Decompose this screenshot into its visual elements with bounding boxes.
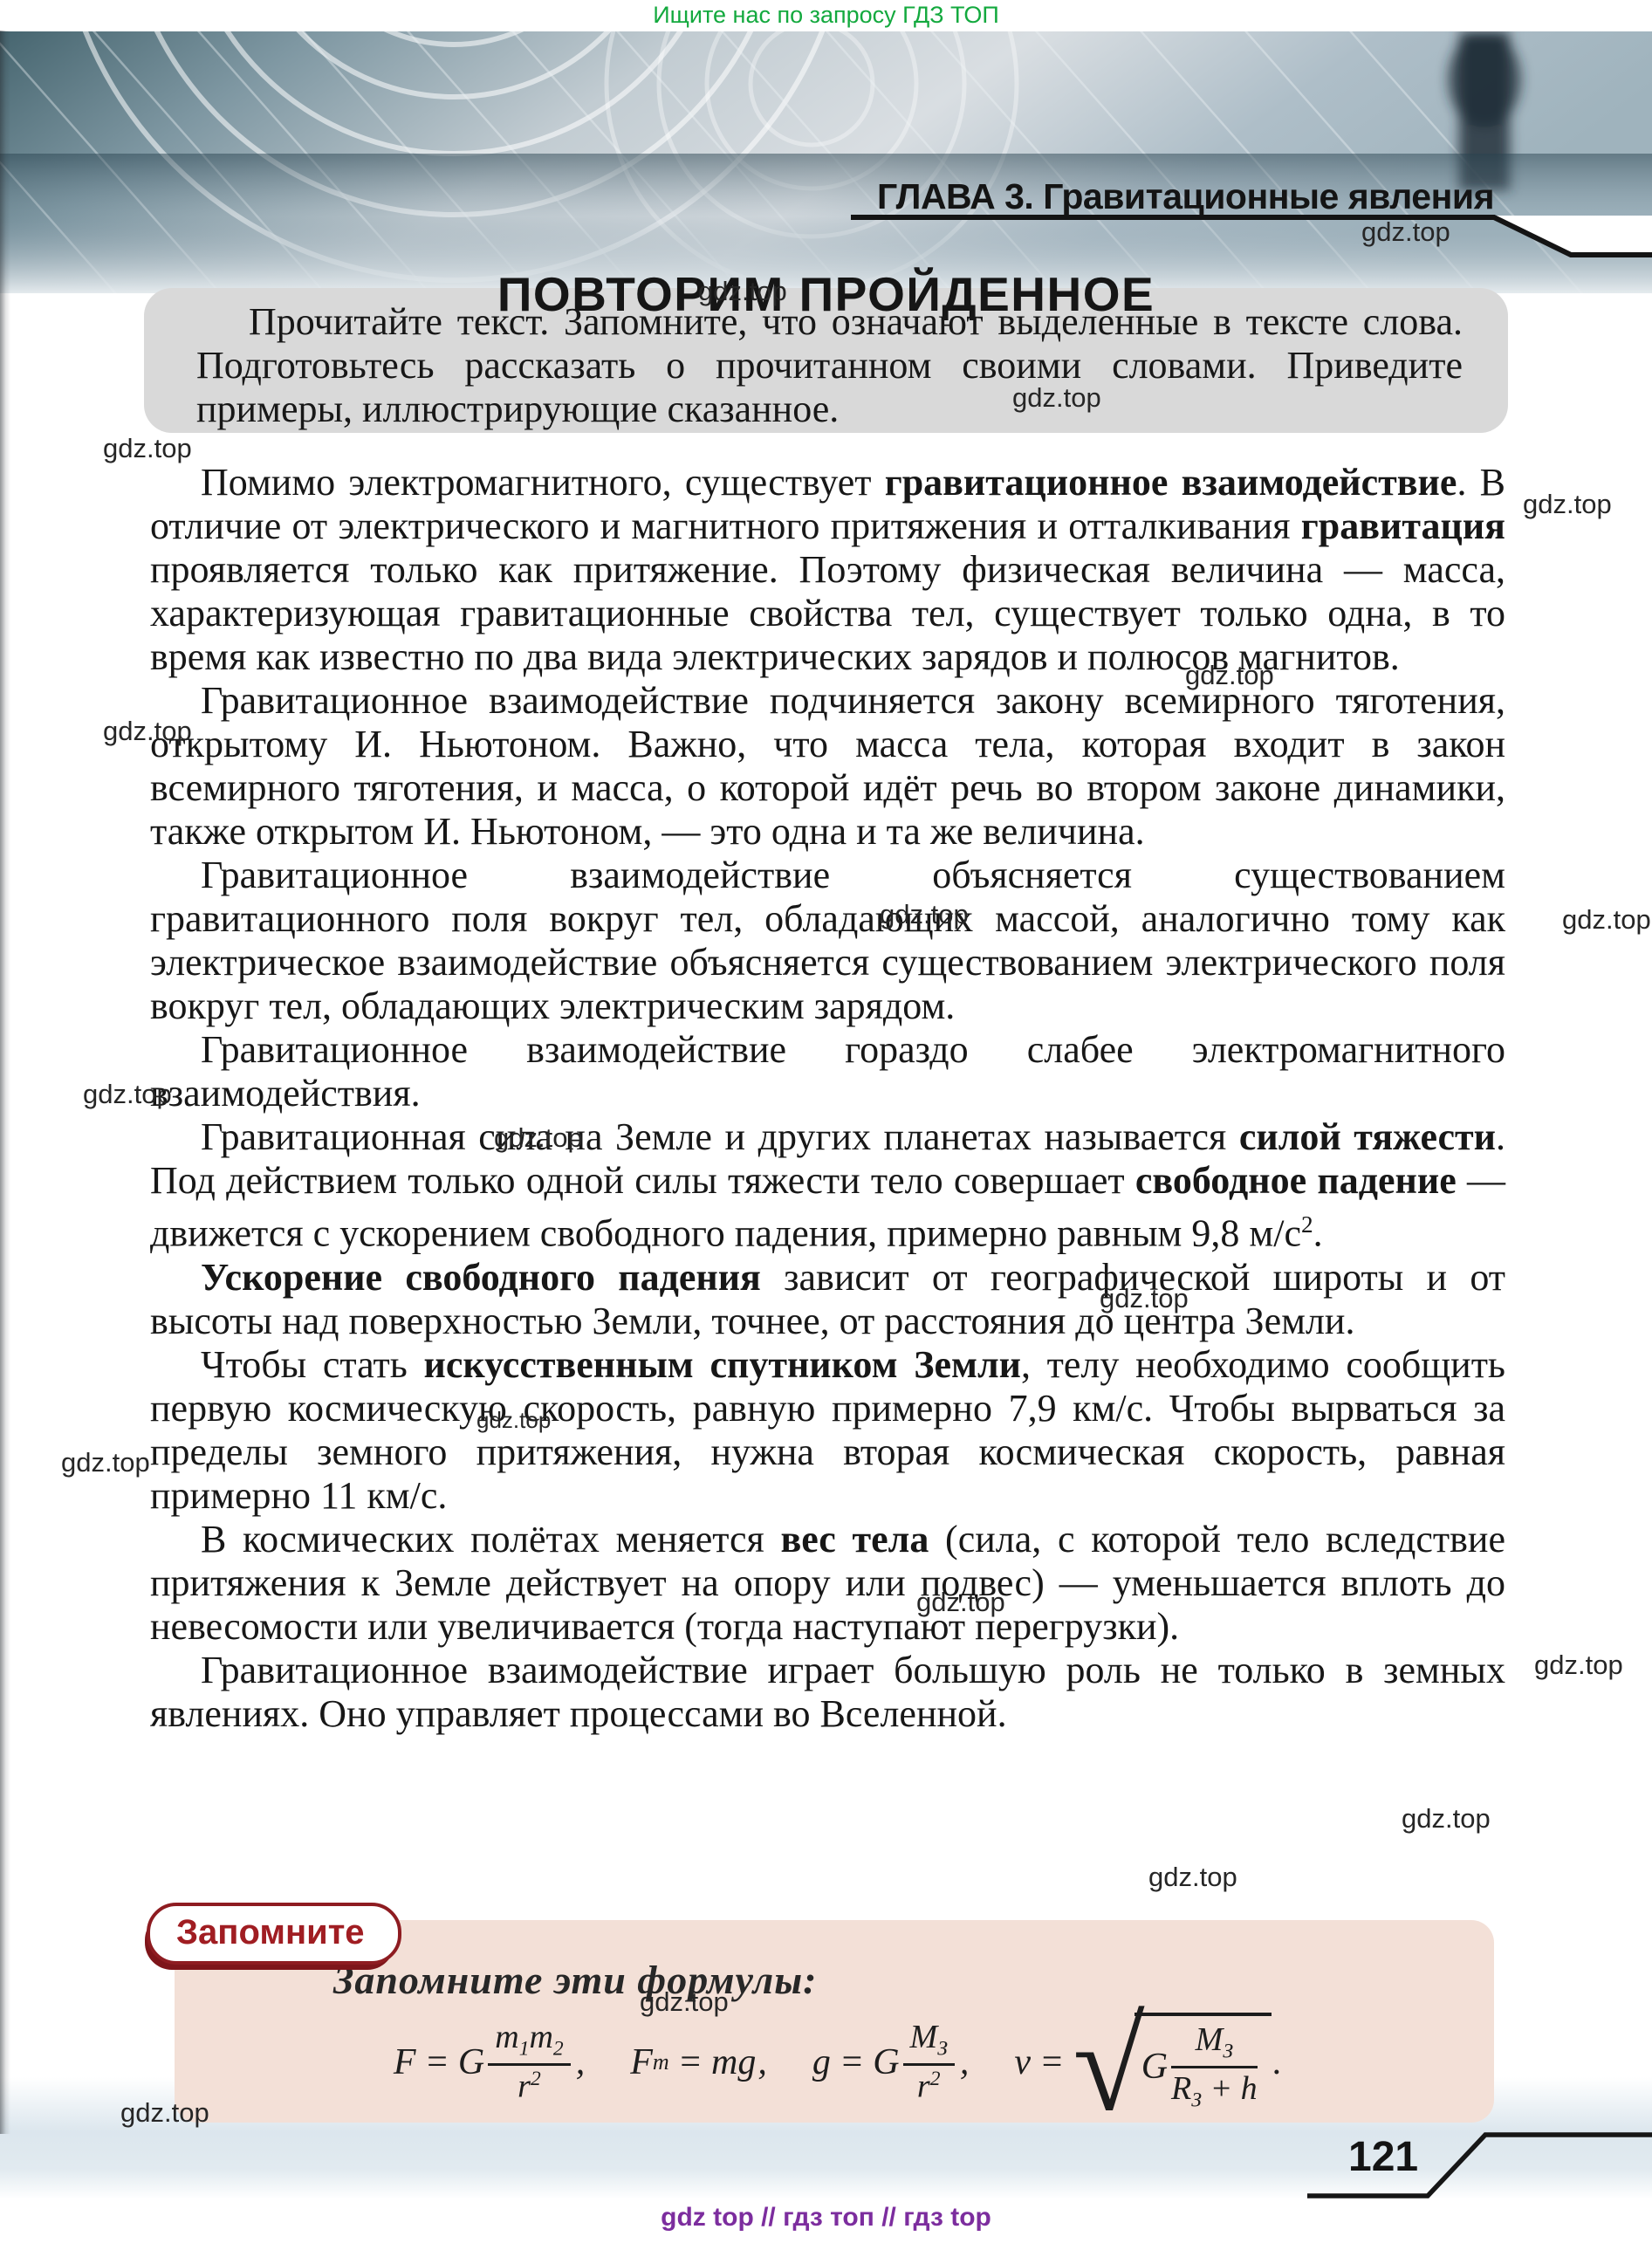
gdz-watermark: gdz.top [1361,216,1450,248]
promo-banner-bottom-text: gdz top // гдз топ // гдз top [661,2203,991,2232]
paragraph: Гравитационная сила на Земле и других пл… [150,1115,1505,1256]
gdz-watermark: gdz.top [103,716,192,747]
book-spine-shadow [0,31,10,2134]
paragraph: Чтобы стать искусственным спутником Земл… [150,1343,1505,1518]
fraction: m1m2r2 [488,2019,570,2106]
chapter-header-image: ГЛАВА 3. Гравитационные явления [0,31,1652,293]
gdz-watermark: gdz.top [916,1587,1005,1618]
paragraph: Гравитационное взаимодействие играет бол… [150,1649,1505,1736]
page-number: 121 [1348,2133,1418,2181]
gdz-watermark: gdz.top [83,1079,172,1110]
gdz-watermark: gdz.top [1185,660,1274,691]
fraction: MЗRЗ + h [1171,2021,1258,2112]
gdz-watermark: gdz.top [1012,382,1101,414]
gdz-watermark: gdz.top [698,276,787,307]
promo-banner-top: Ищите нас по запросу ГДЗ ТОП [0,2,1652,29]
gdz-watermark: gdz.top [880,899,969,930]
page-number-tab-line [1283,2123,1652,2205]
square-root: √GMЗRЗ + h [1073,2013,1271,2112]
gdz-watermark: gdz.top [1148,1862,1237,1893]
fraction: MЗr2 [903,2019,955,2106]
memo-heading: Запомните эти формулы: [333,1957,817,2003]
gdz-watermark: gdz.top [476,1407,551,1434]
gdz-watermark: gdz.top [61,1447,150,1478]
promo-banner-top-text: Ищите нас по запросу ГДЗ ТОП [653,2,999,28]
paragraph: Ускорение свободного падения зависит от … [150,1256,1505,1343]
page-title: ПОВТОРИМ ПРОЙДЕННОЕ [0,266,1652,322]
memo-label: Запомните [147,1903,401,1965]
textbook-scanned-page: Ищите нас по запросу ГДЗ ТОП [0,0,1652,2243]
paragraph: Гравитационное взаимодействие подчиняетс… [150,679,1505,854]
chapter-heading: ГЛАВА 3. Гравитационные явления [838,176,1494,217]
gdz-watermark: gdz.top [640,1986,729,2018]
paragraph: Гравитационное взаимодействие гораздо сл… [150,1028,1505,1115]
body-text: Помимо электромагнитного, существует гра… [150,461,1505,1736]
formula: g=GMЗr2, [812,2019,970,2106]
gdz-watermark: gdz.top [120,2097,209,2129]
formula: Fт=mg, [630,2041,767,2083]
gdz-watermark: gdz.top [1534,1650,1623,1681]
formula: v=√GMЗRЗ + h. [1014,2013,1282,2112]
paragraph: В космических полётах меняется вес тела … [150,1518,1505,1649]
header-photo-decoration [0,31,1652,293]
gdz-watermark: gdz.top [1562,904,1651,936]
gdz-watermark: gdz.top [103,433,192,464]
gdz-watermark: gdz.top [494,1122,583,1154]
memo-formulas: F=Gm1m2r2,Fт=mg,g=GMЗr2,v=√GMЗRЗ + h. [201,2006,1475,2119]
gdz-watermark: gdz.top [1523,489,1612,520]
gdz-watermark: gdz.top [1402,1803,1491,1835]
gdz-watermark: gdz.top [1100,1283,1189,1314]
paragraph: Помимо электромагнитного, существует гра… [150,461,1505,679]
formula: F=Gm1m2r2, [394,2019,585,2106]
paragraph: Гравитационное взаимодействие объясняетс… [150,854,1505,1028]
promo-banner-bottom: gdz top // гдз топ // гдз top [0,2203,1652,2233]
